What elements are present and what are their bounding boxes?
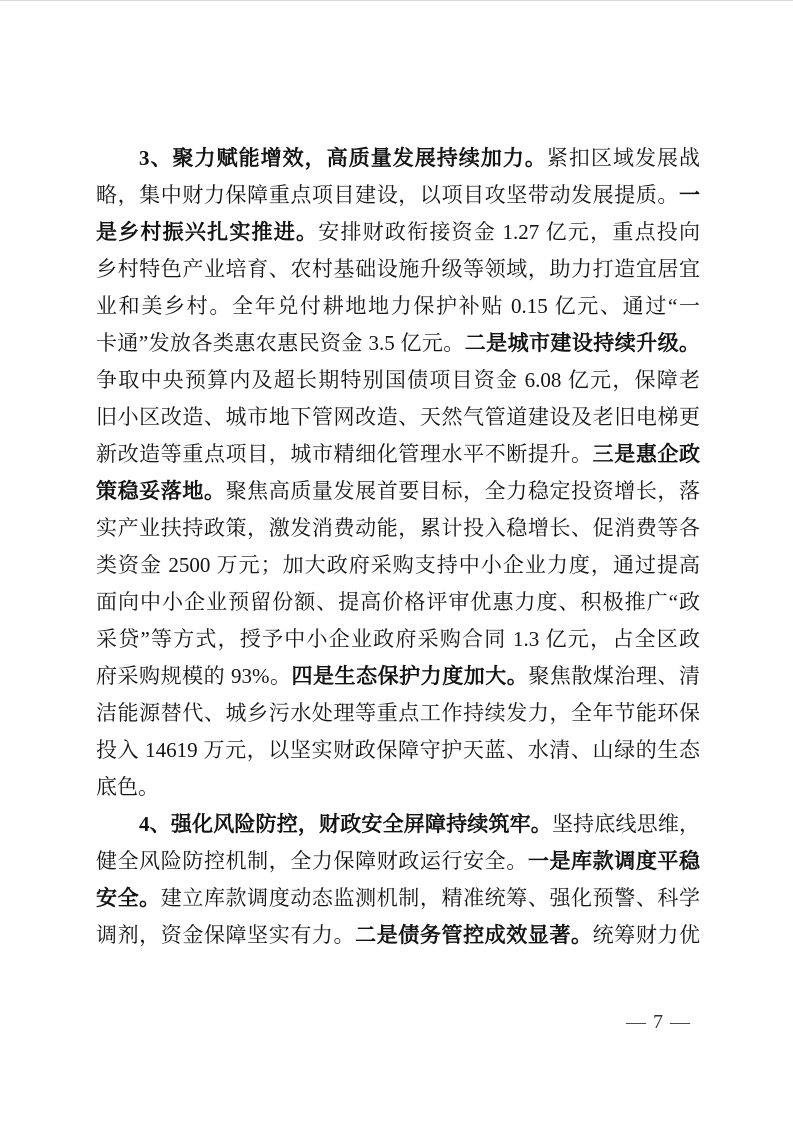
text-line: 调剂，资金保障坚实有力。二是债务管控成效显著。统筹财力优 — [96, 917, 700, 954]
text-segment: 聚焦高质量发展首要目标，全力稳定投资增长，落 — [226, 479, 700, 503]
page-number-value: 7 — [653, 1008, 663, 1036]
text-segment: 安排财政衔接资金 1.27 亿元，重点投向 — [318, 220, 700, 244]
bold-text-segment: 二是城市建设持续升级。 — [465, 331, 700, 355]
bold-text-segment: 二是债务管控成效显著。 — [355, 923, 593, 947]
bold-text-segment: 3、聚力赋能增效，高质量发展持续加力。 — [139, 146, 547, 170]
text-line: 略，集中财力保障重点项目建设，以项目攻坚带动发展提质。一 — [96, 177, 700, 214]
text-segment: 采贷”等方式，授予中小企业政府采购合同 1.3 亿元，占全区政 — [96, 627, 700, 651]
text-segment: 坚持底线思维， — [552, 812, 700, 836]
text-segment: 投入 14619 万元，以坚实财政保障守护天蓝、水清、山绿的生态 — [96, 738, 700, 762]
page-number: — 7 — — [626, 1008, 690, 1036]
text-line: 乡村特色产业培育、农村基础设施升级等领域，助力打造宜居宜 — [96, 251, 700, 288]
text-line: 3、聚力赋能增效，高质量发展持续加力。紧扣区域发展战 — [96, 140, 700, 177]
text-line: 卡通”发放各类惠农惠民资金 3.5 亿元。二是城市建设持续升级。 — [96, 325, 700, 362]
text-segment: 实产业扶持政策，激发消费动能，累计投入稳增长、促消费等各 — [96, 516, 700, 540]
text-line: 争取中央预算内及超长期特别国债项目资金 6.08 亿元，保障老 — [96, 362, 700, 399]
text-line: 策稳妥落地。聚焦高质量发展首要目标，全力稳定投资增长，落 — [96, 473, 700, 510]
text-segment: 略，集中财力保障重点项目建设，以项目攻坚带动发展提质。 — [96, 183, 679, 207]
text-line: 旧小区改造、城市地下管网改造、天然气管道建设及老旧电梯更 — [96, 399, 700, 436]
text-line: 底色。 — [96, 769, 700, 806]
text-segment: 卡通”发放各类惠农惠民资金 3.5 亿元。 — [96, 331, 465, 355]
text-line: 业和美乡村。全年兑付耕地地力保护补贴 0.15 亿元、通过“一 — [96, 288, 700, 325]
text-line: 面向中小企业预留份额、提高价格评审优惠力度、积极推广“政 — [96, 584, 700, 621]
text-segment: 聚焦散煤治理、清 — [528, 664, 700, 688]
text-segment: 建立库款调度动态监测机制，精准统筹、强化预警、科学 — [161, 886, 700, 910]
text-line: 是乡村振兴扎实推进。安排财政衔接资金 1.27 亿元，重点投向 — [96, 214, 700, 251]
text-segment: 面向中小企业预留份额、提高价格评审优惠力度、积极推广“政 — [96, 590, 700, 614]
document-page: 3、聚力赋能增效，高质量发展持续加力。紧扣区域发展战略，集中财力保障重点项目建设… — [0, 0, 793, 1122]
text-segment: 健全风险防控机制，全力保障财政运行安全。 — [96, 849, 528, 873]
text-line: 实产业扶持政策，激发消费动能，累计投入稳增长、促消费等各 — [96, 510, 700, 547]
bold-text-segment: 三是惠企政 — [593, 442, 700, 466]
text-line: 采贷”等方式，授予中小企业政府采购合同 1.3 亿元，占全区政 — [96, 621, 700, 658]
text-segment: 旧小区改造、城市地下管网改造、天然气管道建设及老旧电梯更 — [96, 405, 700, 429]
bold-text-segment: 是乡村振兴扎实推进。 — [96, 220, 318, 244]
bold-text-segment: 4、强化风险防控，财政安全屏障持续筑牢。 — [139, 812, 552, 836]
text-line: 新改造等重点项目，城市精细化管理水平不断提升。三是惠企政 — [96, 436, 700, 473]
text-line: 投入 14619 万元，以坚实财政保障守护天蓝、水清、山绿的生态 — [96, 732, 700, 769]
text-segment: 类资金 2500 万元；加大政府采购支持中小企业力度，通过提高 — [96, 553, 700, 577]
text-segment: 洁能源替代、城乡污水处理等重点工作持续发力，全年节能环保 — [96, 701, 700, 725]
text-segment: 统筹财力优 — [593, 923, 700, 947]
text-line: 类资金 2500 万元；加大政府采购支持中小企业力度，通过提高 — [96, 547, 700, 584]
body-text: 3、聚力赋能增效，高质量发展持续加力。紧扣区域发展战略，集中财力保障重点项目建设… — [96, 140, 700, 954]
bold-text-segment: 策稳妥落地。 — [96, 479, 226, 503]
bold-text-segment: 一 — [679, 183, 700, 207]
bold-text-segment: 一是库款调度平稳 — [528, 849, 700, 873]
text-line: 府采购规模的 93%。四是生态保护力度加大。聚焦散煤治理、清 — [96, 658, 700, 695]
text-segment: 新改造等重点项目，城市精细化管理水平不断提升。 — [96, 442, 593, 466]
bold-text-segment: 四是生态保护力度加大。 — [292, 664, 529, 688]
text-segment: 底色。 — [96, 775, 159, 799]
text-segment: 争取中央预算内及超长期特别国债项目资金 6.08 亿元，保障老 — [96, 368, 700, 392]
text-segment: 府采购规模的 93%。 — [96, 664, 292, 688]
scan-edge-line — [0, 0, 793, 1]
text-line: 安全。建立库款调度动态监测机制，精准统筹、强化预警、科学 — [96, 880, 700, 917]
page-number-left-dash: — — [626, 1008, 646, 1036]
text-line: 健全风险防控机制，全力保障财政运行安全。一是库款调度平稳 — [96, 843, 700, 880]
bold-text-segment: 安全。 — [96, 886, 161, 910]
text-segment: 紧扣区域发展战 — [547, 146, 700, 170]
text-line: 4、强化风险防控，财政安全屏障持续筑牢。坚持底线思维， — [96, 806, 700, 843]
page-number-right-dash: — — [670, 1008, 690, 1036]
text-segment: 调剂，资金保障坚实有力。 — [96, 923, 355, 947]
text-segment: 业和美乡村。全年兑付耕地地力保护补贴 0.15 亿元、通过“一 — [96, 294, 700, 318]
text-segment: 乡村特色产业培育、农村基础设施升级等领域，助力打造宜居宜 — [96, 257, 700, 281]
text-line: 洁能源替代、城乡污水处理等重点工作持续发力，全年节能环保 — [96, 695, 700, 732]
